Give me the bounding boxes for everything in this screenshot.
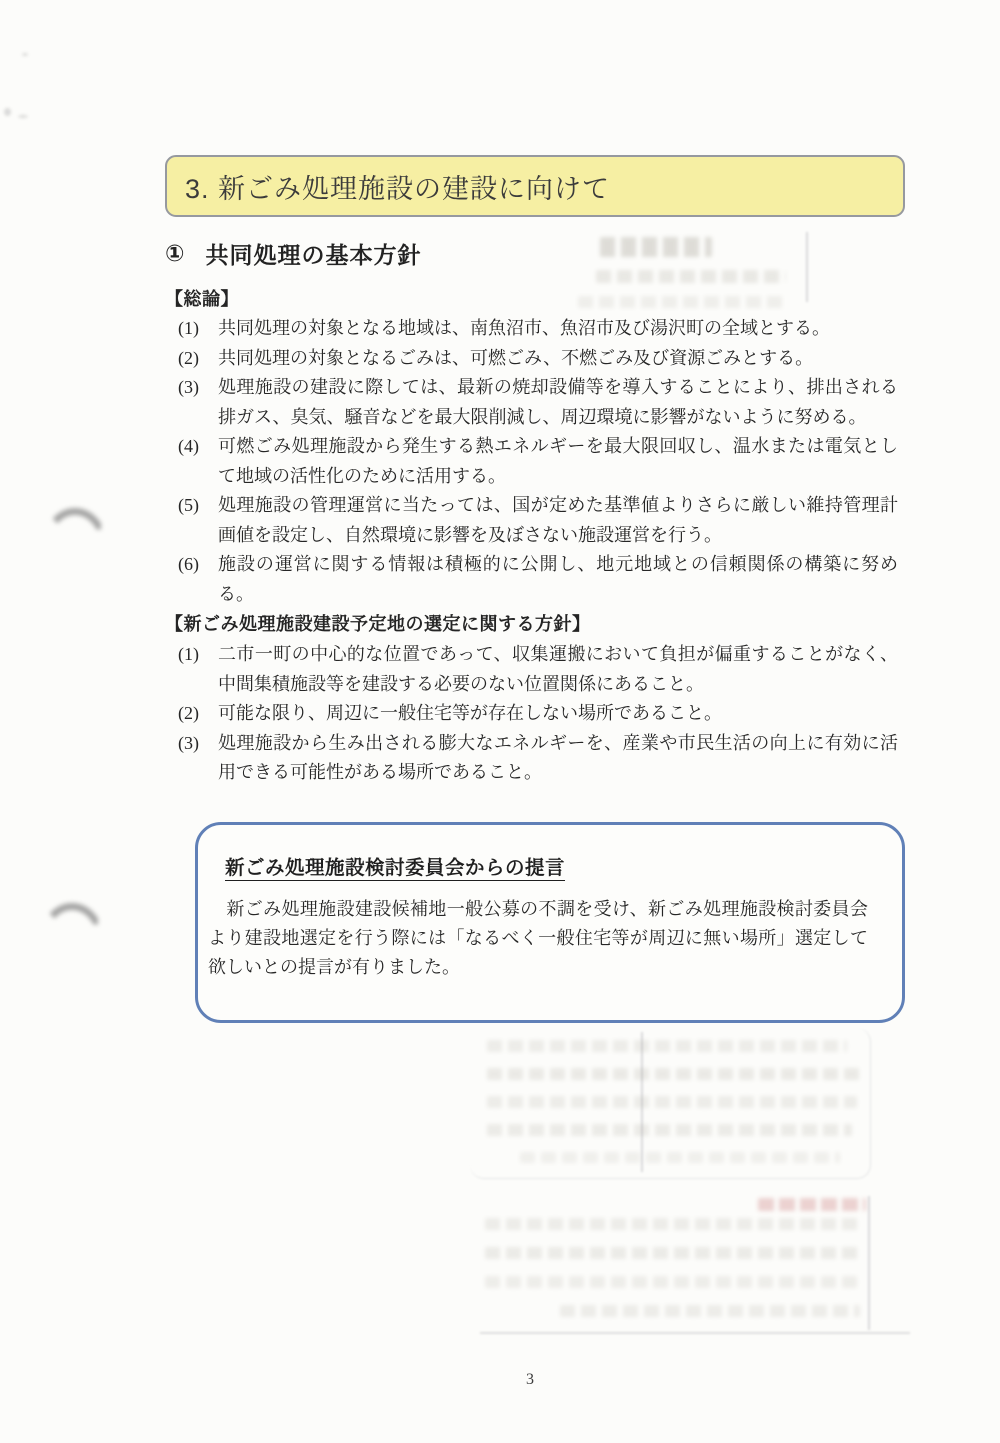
bleedthrough-artifact: [578, 296, 783, 308]
committee-proposal-box: 新ごみ処理施設検討委員会からの提言 新ごみ処理施設建設候補地一般公募の不調を受け…: [195, 822, 905, 1023]
item-number: (5): [178, 491, 218, 550]
punch-hole-shadow: [39, 903, 105, 943]
policy-item: (5) 処理施設の管理運営に当たっては、国が定めた基準値よりさらに厳しい維持管理…: [178, 491, 905, 550]
policy-item: (2) 共同処理の対象となるごみは、可燃ごみ、不燃ごみ及び資源ごみとする。: [178, 344, 905, 374]
item-number: (2): [178, 344, 218, 374]
scan-speck: [18, 115, 28, 118]
proposal-box-heading: 新ごみ処理施設検討委員会からの提言: [225, 852, 565, 880]
site-policy-label: 【新ごみ処理施設建設予定地の選定に関する方針】: [165, 610, 591, 636]
scanned-document-page: { "page": { "title": "3. 新ごみ処理施設の建設に向けて"…: [0, 0, 1000, 1443]
policy-item: (3) 処理施設から生み出される膨大なエネルギーを、産業や市民生活の向上に有効に…: [178, 729, 905, 788]
item-number: (3): [178, 373, 218, 432]
bleedthrough-line: [868, 1196, 870, 1330]
policy-item: (1) 共同処理の対象となる地域は、南魚沼市、魚沼市及び湯沢町の全域とする。: [178, 314, 905, 344]
section-heading-label: 共同処理の基本方針: [205, 237, 421, 270]
item-number: (4): [178, 432, 218, 491]
bleedthrough-artifact: [487, 1040, 847, 1052]
item-number: (6): [178, 550, 218, 609]
bleedthrough-artifact: [596, 270, 786, 283]
item-text: 共同処理の対象となる地域は、南魚沼市、魚沼市及び湯沢町の全域とする。: [218, 314, 898, 344]
bleedthrough-line: [480, 1332, 910, 1334]
item-text: 処理施設の管理運営に当たっては、国が定めた基準値よりさらに厳しい維持管理計画値を…: [218, 491, 898, 550]
item-text: 可能な限り、周辺に一般住宅等が存在しない場所であること。: [218, 699, 898, 729]
proposal-box-body: 新ごみ処理施設建設候補地一般公募の不調を受け、新ごみ処理施設検討委員会より建設地…: [208, 895, 868, 982]
item-text: 処理施設から生み出される膨大なエネルギーを、産業や市民生活の向上に有効に活用でき…: [218, 729, 898, 788]
page-number: 3: [0, 1371, 1000, 1389]
punch-hole-shadow: [42, 508, 108, 548]
site-policy-list: (1) 二市一町の中心的な位置であって、収集運搬において負担が偏重することがなく…: [178, 640, 905, 788]
policy-item: (1) 二市一町の中心的な位置であって、収集運搬において負担が偏重することがなく…: [178, 640, 905, 699]
chapter-title-banner: 3. 新ごみ処理施設の建設に向けて: [165, 155, 905, 217]
bleedthrough-artifact: [485, 1276, 857, 1288]
bleedthrough-artifact: [485, 1247, 863, 1259]
general-policy-label: 【総論】: [165, 285, 239, 311]
bleedthrough-artifact: [560, 1305, 860, 1317]
scan-speck: [4, 108, 11, 116]
section-heading: ① 共同処理の基本方針: [165, 237, 421, 270]
bleedthrough-artifact: [520, 1152, 840, 1163]
bleedthrough-artifact: [487, 1124, 852, 1136]
scan-speck: [22, 53, 28, 56]
policy-item: (4) 可燃ごみ処理施設から発生する熱エネルギーを最大限回収し、温水または電気と…: [178, 432, 905, 491]
bleedthrough-line: [806, 232, 808, 302]
item-text: 可燃ごみ処理施設から発生する熱エネルギーを最大限回収し、温水または電気として地域…: [218, 432, 898, 491]
item-number: (1): [178, 640, 218, 699]
item-number: (3): [178, 729, 218, 788]
general-policy-list: (1) 共同処理の対象となる地域は、南魚沼市、魚沼市及び湯沢町の全域とする。 (…: [178, 314, 905, 609]
policy-item: (6) 施設の運営に関する情報は積極的に公開し、地元地域との信頼関係の構築に努め…: [178, 550, 905, 609]
item-number: (1): [178, 314, 218, 344]
item-text: 共同処理の対象となるごみは、可燃ごみ、不燃ごみ及び資源ごみとする。: [218, 344, 898, 374]
item-text: 二市一町の中心的な位置であって、収集運搬において負担が偏重することがなく、中間集…: [218, 640, 898, 699]
item-text: 処理施設の建設に際しては、最新の焼却設備等を導入することにより、排出される排ガス…: [218, 373, 898, 432]
bleedthrough-artifact: [758, 1198, 866, 1211]
section-number-icon: ①: [165, 240, 185, 267]
item-number: (2): [178, 699, 218, 729]
bleedthrough-artifact: [487, 1068, 862, 1080]
bleedthrough-artifact: [487, 1096, 857, 1108]
bleedthrough-artifact: [485, 1218, 860, 1230]
policy-item: (3) 処理施設の建設に際しては、最新の焼却設備等を導入することにより、排出され…: [178, 373, 905, 432]
bleedthrough-artifact: [600, 237, 712, 257]
item-text: 施設の運営に関する情報は積極的に公開し、地元地域との信頼関係の構築に努める。: [218, 550, 898, 609]
policy-item: (2) 可能な限り、周辺に一般住宅等が存在しない場所であること。: [178, 699, 905, 729]
chapter-title: 3. 新ごみ処理施設の建設に向けて: [185, 167, 610, 206]
